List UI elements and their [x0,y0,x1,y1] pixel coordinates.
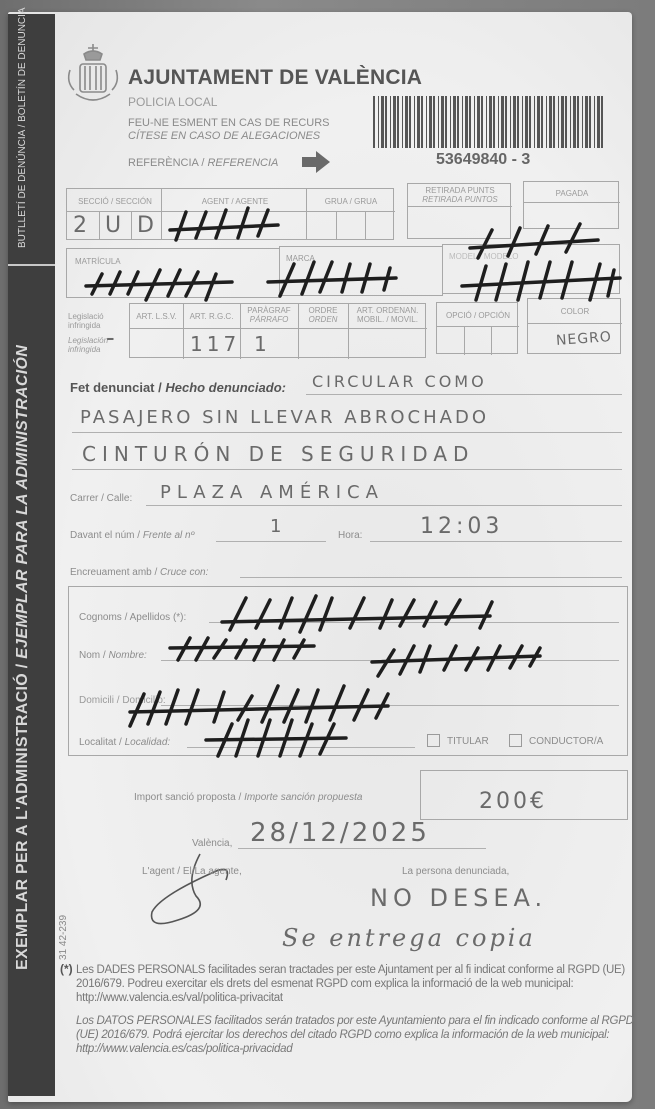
person-note-1: NO DESEA. [370,884,547,912]
legal-lead-ca: Les DADES PERSONALS [76,964,205,976]
amount-value: 200€ [479,789,547,814]
date-line [238,848,486,849]
footnote-marker: (*) [60,962,73,976]
amount-label-es: Importe sanción propuesta [244,792,362,803]
legal-lead-es: Los DATOS PERSONALES [76,1015,211,1027]
amount-label: Import sanció proposta / Importe sanción… [134,792,362,803]
agent-sign-label: L'agent / El/La agente, [142,866,242,877]
legal-text-es: Los DATOS PERSONALES facilitados serán t… [76,1014,640,1056]
person-sign-label: La persona denunciada, [402,866,509,877]
amount-box: 200€ [420,770,628,820]
date-value: 28/12/2025 [250,818,430,848]
legal-text-ca: Les DADES PERSONALS facilitades seran tr… [76,963,640,1005]
place-label: València, [192,838,232,849]
amount-label-ca: Import sanció proposta / [134,792,244,803]
person-note-2: Se entrega copia [282,924,536,952]
